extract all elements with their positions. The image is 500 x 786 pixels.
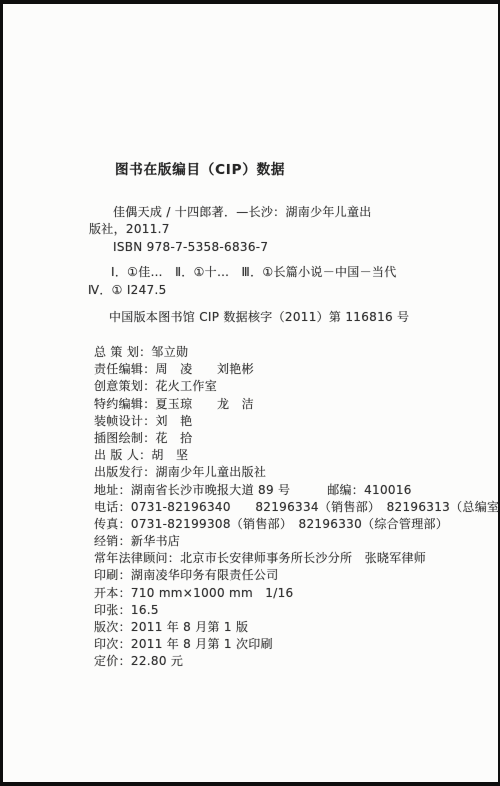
colophon-line-design: 装帧设计：刘 艳: [94, 413, 488, 430]
colophon-line-editor: 责任编辑：周 凌 刘艳彬: [94, 361, 488, 378]
colophon-line-illustration: 插图绘制：花 拾: [94, 430, 488, 447]
colophon-line-special-editor: 特约编辑：夏玉琼 龙 洁: [94, 396, 488, 413]
colophon-line-publisher: 出 版 人：胡 坚: [94, 447, 488, 464]
cip-classification-line-1: Ⅰ．①佳… Ⅱ．①十… Ⅲ．①长篇小说－中国－当代: [111, 264, 397, 281]
colophon-line-phone: 电话：0731-82196340 82196334（销售部） 82196313（…: [94, 499, 488, 516]
cip-entry-line-2: 版社，2011.7: [89, 221, 170, 238]
colophon-line-format: 开本：710 mm×1000 mm 1/16: [94, 585, 488, 602]
cip-header: 图书在版编目（CIP）数据: [115, 162, 285, 179]
copyright-page: 图书在版编目（CIP）数据 佳偶天成 / 十四郎著．—长沙：湖南少年儿童出 版社…: [3, 4, 498, 782]
cip-classification-line-2: Ⅳ．① I247.5: [88, 282, 167, 299]
colophon-line-price: 定价：22.80 元: [94, 653, 488, 670]
colophon-line-publishing-house: 出版发行：湖南少年儿童出版社: [94, 464, 488, 481]
colophon-line-fax: 传真：0731-82199308（销售部） 82196330（综合管理部）: [94, 516, 488, 533]
colophon-line-printer: 印刷：湖南凌华印务有限责任公司: [94, 567, 488, 584]
colophon-line-sheets: 印张：16.5: [94, 602, 488, 619]
colophon-line-address: 地址：湖南省长沙市晚报大道 89 号 邮编：410016: [94, 482, 488, 499]
cip-record-number: 中国版本图书馆 CIP 数据核字（2011）第 116816 号: [109, 309, 409, 326]
colophon-line-creative: 创意策划：花火工作室: [94, 378, 488, 395]
colophon-line-chief-planner: 总 策 划：邹立勋: [94, 344, 488, 361]
colophon-line-edition: 版次：2011 年 8 月第 1 版: [94, 619, 488, 636]
colophon-line-impression: 印次：2011 年 8 月第 1 次印刷: [94, 636, 488, 653]
colophon-line-distribution: 经销：新华书店: [94, 533, 488, 550]
isbn-number: ISBN 978-7-5358-6836-7: [113, 239, 268, 256]
colophon-line-legal-counsel: 常年法律顾问：北京市长安律师事务所长沙分所 张晓军律师: [94, 550, 488, 567]
cip-entry-line-1: 佳偶天成 / 十四郎著．—长沙：湖南少年儿童出: [113, 204, 372, 221]
colophon-block: 总 策 划：邹立勋 责任编辑：周 凌 刘艳彬 创意策划：花火工作室 特约编辑：夏…: [94, 344, 488, 671]
